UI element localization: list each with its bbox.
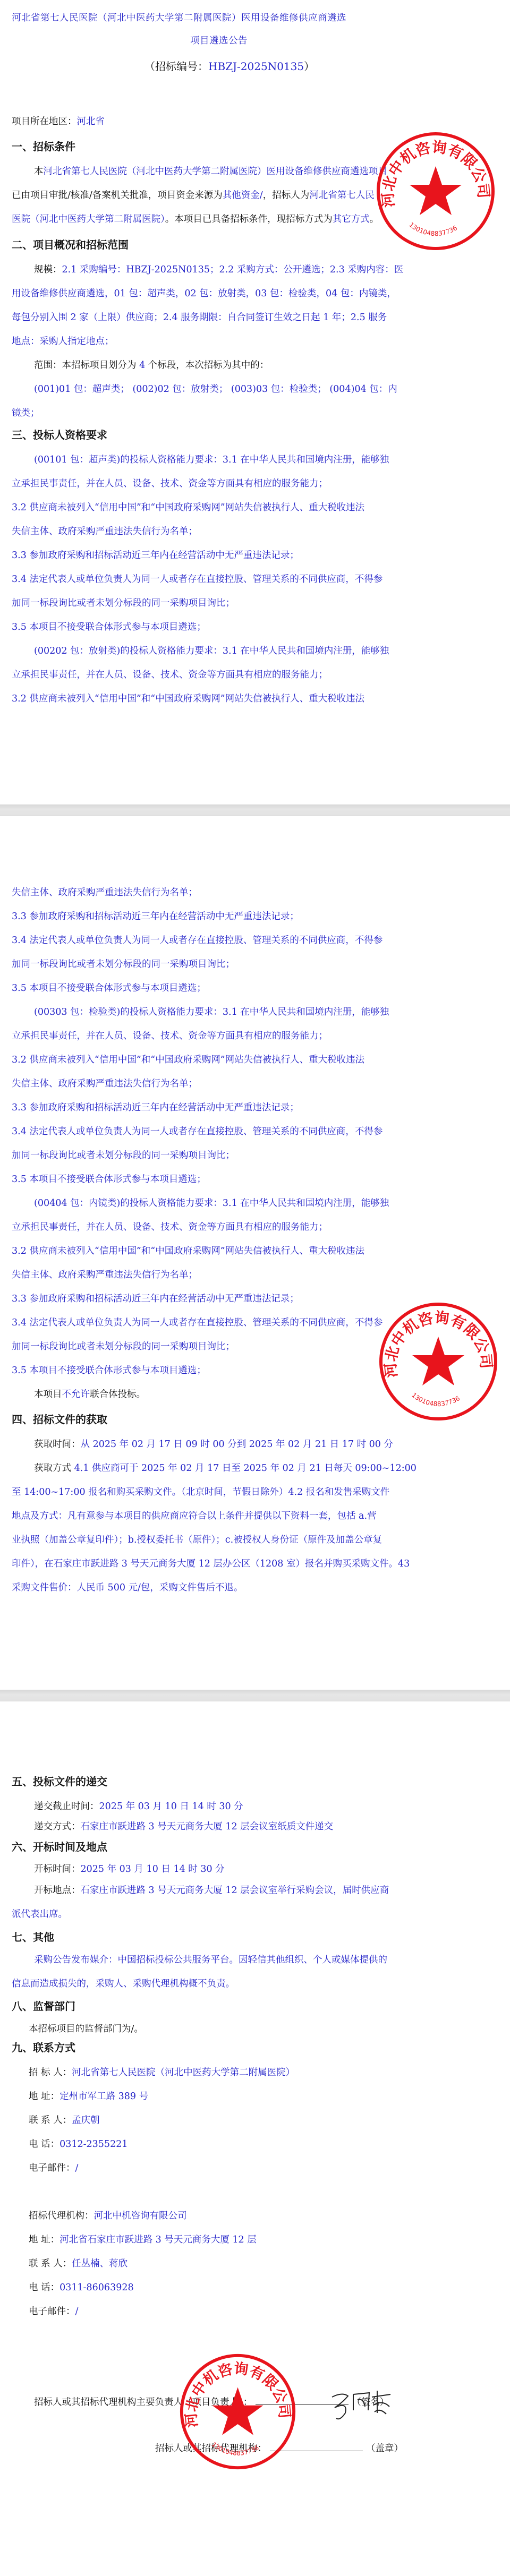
- document-page-3: 五、投标文件的递交 递交截止时间：2025 年 03 月 10 日 14 时 3…: [0, 1701, 510, 2576]
- lot2-req-34b: 加同一标段询比或者未划分标段的同一采购项目询比；: [12, 958, 235, 970]
- lot1-req-32b: 失信主体、政府采购严重违法失信行为名单；: [12, 526, 198, 537]
- submit-method: 递交方式：石家庄市跃进路 3 号天元商务大厦 12 层会议室纸质文件递交: [34, 1821, 333, 1833]
- handwritten-signature: [327, 2386, 396, 2426]
- obtain-method-line5: 印件），在石家庄市跃进路 3 号天元商务大厦 12 层办公区（1208 室）报名…: [12, 1558, 410, 1570]
- lot4-req-34b: 加同一标段询比或者未划分标段的同一采购项目询比；: [12, 1341, 235, 1353]
- section1-line3: 医院（河北中医药大学第二附属医院）。本项目已具备招标条件，现招标方式为其它方式。: [12, 213, 379, 225]
- svg-text:1301048837736: 1301048837736: [210, 2441, 260, 2457]
- scale-line2: 用设备维修供应商遴选，01 包：超声类，02 包：放射类，03 包：检验类，04…: [12, 288, 396, 299]
- section-heading-3: 三、投标人资格要求: [12, 429, 107, 441]
- section-heading-5: 五、投标文件的递交: [12, 1776, 107, 1787]
- other-line1: 采购公告发布媒介：中国招标投标公共服务平台。因轻信其他组织、个人或媒体提供的: [34, 1954, 387, 1966]
- lot3-req-32a: 3.2 供应商未被列入“信用中国”和“中国政府采购网”网站失信被执行人、重大税收…: [12, 1054, 364, 1066]
- section-heading-1: 一、招标条件: [12, 141, 75, 152]
- section-heading-7: 七、其他: [12, 1931, 54, 1943]
- section-heading-2: 二、项目概况和招标范围: [12, 239, 129, 251]
- tenderer-contact: 联 系 人：孟庆朝: [29, 2115, 100, 2126]
- lot4-req-intro: (00404 包：内镜类)的投标人资格能力要求：3.1 在中华人民共和国境内注册…: [34, 1197, 389, 1209]
- opening-place-line1: 开标地点：石家庄市跃进路 3 号天元商务大厦 12 层会议室举行采购会议，届时供…: [34, 1885, 389, 1896]
- document-title-line2: 项目遴选公告: [190, 35, 248, 47]
- lot2-req-intro: (00202 包：放射类)的投标人资格能力要求：3.1 在中华人民共和国境内注册…: [34, 645, 389, 657]
- lot1-req-31: 立承担民事责任，并在人员、设备、技术、资金等方面具有相应的服务能力；: [12, 478, 328, 490]
- lot3-req-intro: (00303 包：检验类)的投标人资格能力要求：3.1 在中华人民共和国境内注册…: [34, 1006, 389, 1018]
- section1-line1: 本河北省第七人民医院（河北中医药大学第二附属医院）医用设备维修供应商遴选项目: [34, 166, 387, 177]
- lot1-req-34a: 3.4 法定代表人或单位负责人为同一人或者存在直接控股、管理关系的不同供应商，不…: [12, 574, 382, 585]
- company-seal-stamp: 河北中机咨询有限公司 1301048837736: [178, 2352, 297, 2471]
- submit-deadline: 递交截止时间：2025 年 03 月 10 日 14 时 30 分: [34, 1801, 243, 1812]
- tenderer-phone: 电 话：0312-2355221: [29, 2138, 127, 2150]
- agency-contact: 联 系 人：任丛楠、蒋欣: [29, 2258, 127, 2270]
- document-page-1: 河北省第七人民医院（河北中医药大学第二附属医院）医用设备维修供应商遴选 项目遴选…: [0, 0, 510, 805]
- page-separator: [0, 1690, 510, 1701]
- document-page-2: 失信主体、政府采购严重违法失信行为名单； 3.3 参加政府采购和招标活动近三年内…: [0, 816, 510, 1690]
- supervision-text: 本招标项目的监督部门为/。: [29, 2023, 143, 2035]
- seal-icon: 河北中机咨询有限公司 1301048837736: [375, 130, 497, 252]
- obtain-method-line2: 至 14:00~17:00 报名和购买采购文件。（北京时间，节假日除外）4.2 …: [12, 1486, 389, 1498]
- other-line2: 信息而造成损失的，采购人、采购代理机构概不负责。: [12, 1978, 235, 1990]
- lot2-req-32a: 3.2 供应商未被列入“信用中国”和“中国政府采购网”网站失信被执行人、重大税收…: [12, 693, 364, 705]
- section-heading-8: 八、监督部门: [12, 2000, 75, 2012]
- svg-text:1301048837736: 1301048837736: [410, 1391, 461, 1408]
- section-heading-6: 六、开标时间及地点: [12, 1841, 107, 1853]
- lot3-req-33: 3.3 参加政府采购和招标活动近三年内在经营活动中无严重违法记录；: [12, 1102, 299, 1114]
- tenderer-email: 电子邮件：/: [29, 2162, 78, 2174]
- opening-time: 开标时间：2025 年 03 月 10 日 14 时 30 分: [34, 1863, 225, 1875]
- company-seal-stamp: 河北中机咨询有限公司 1301048837736: [377, 1300, 499, 1423]
- lot3-req-35: 3.5 本项目不接受联合体形式参与本项目遴选；: [12, 1174, 206, 1185]
- lot4-req-33: 3.3 参加政府采购和招标活动近三年内在经营活动中无严重违法记录；: [12, 1293, 299, 1305]
- obtain-method-line3: 地点及方式：凡有意参与本项目的供应商应符合以上条件并提供以下资料一套，包括 a.…: [12, 1510, 377, 1522]
- lot3-req-34a: 3.4 法定代表人或单位负责人为同一人或者存在直接控股、管理关系的不同供应商，不…: [12, 1126, 382, 1137]
- signature-icon: [327, 2386, 396, 2424]
- obtain-method-line1: 获取方式 4.1 供应商可于 2025 年 02 月 17 日至 2025 年 …: [34, 1462, 416, 1474]
- lot3-req-34b: 加同一标段询比或者未划分标段的同一采购项目询比；: [12, 1150, 235, 1161]
- lot4-req-32b: 失信主体、政府采购严重违法失信行为名单；: [12, 1269, 198, 1281]
- lot2-req-35: 3.5 本项目不接受联合体形式参与本项目遴选；: [12, 982, 206, 994]
- scale-line4: 地点：采购人指定地点；: [12, 336, 114, 347]
- lot1-req-34b: 加同一标段询比或者未划分标段的同一采购项目询比；: [12, 597, 235, 609]
- agency-name: 招标代理机构：河北中机咨询有限公司: [29, 2210, 187, 2222]
- section-heading-4: 四、招标文件的获取: [12, 1414, 107, 1425]
- page-separator: [0, 805, 510, 816]
- section-heading-9: 九、联系方式: [12, 2042, 75, 2053]
- lot1-req-32a: 3.2 供应商未被列入“信用中国”和“中国政府采购网”网站失信被执行人、重大税收…: [12, 502, 364, 514]
- range-line: 范围：本招标项目划分为 4 个标段，本次招标为其中的：: [34, 360, 269, 371]
- scale-line3: 每包分别入围 2 家（上限）供应商；2.4 服务期限：自合同签订生效之日起 1 …: [12, 312, 387, 323]
- lot4-req-35: 3.5 本项目不接受联合体形式参与本项目遴选；: [12, 1365, 206, 1376]
- obtain-time: 获取时间：从 2025 年 02 月 17 日 09 时 00 分到 2025 …: [34, 1439, 393, 1450]
- lot4-req-34a: 3.4 法定代表人或单位负责人为同一人或者存在直接控股、管理关系的不同供应商，不…: [12, 1317, 382, 1329]
- lot1-req-35: 3.5 本项目不接受联合体形式参与本项目遴选；: [12, 621, 206, 633]
- agency-address: 地 址：河北省石家庄市跃进路 3 号天元商务大厦 12 层: [29, 2234, 257, 2246]
- lot2-req-32b: 失信主体、政府采购严重违法失信行为名单；: [12, 887, 198, 898]
- lot2-req-33: 3.3 参加政府采购和招标活动近三年内在经营活动中无严重违法记录；: [12, 911, 299, 922]
- lot3-req-31: 立承担民事责任，并在人员、设备、技术、资金等方面具有相应的服务能力；: [12, 1030, 328, 1042]
- opening-place-line2: 派代表出席。: [12, 1909, 67, 1920]
- agency-phone: 电 话：0311-86063928: [29, 2282, 134, 2293]
- scale-line1: 规模：2.1 采购编号：HBZJ-2025N0135；2.2 采购方式：公开遴选…: [34, 264, 403, 276]
- lot4-req-32a: 3.2 供应商未被列入“信用中国”和“中国政府采购网”网站失信被执行人、重大税收…: [12, 1245, 364, 1257]
- lot2-req-34a: 3.4 法定代表人或单位负责人为同一人或者存在直接控股、管理关系的不同供应商，不…: [12, 935, 382, 946]
- obtain-method-line6: 采购文件售价：人民币 500 元/包，采购文件售后不退。: [12, 1582, 243, 1594]
- seal-icon: 河北中机咨询有限公司 1301048837736: [377, 1300, 499, 1423]
- svg-text:1301048837736: 1301048837736: [407, 221, 458, 237]
- obtain-method-line4: 业执照（加盖公章复印件）；b.授权委托书（原件）；c.被授权人身份证（原件及加盖…: [12, 1534, 382, 1546]
- lot1-req-intro: (00101 包：超声类)的投标人资格能力要求：3.1 在中华人民共和国境内注册…: [34, 454, 389, 466]
- seal-icon: 河北中机咨询有限公司 1301048837736: [178, 2352, 297, 2471]
- agency-email: 电子邮件：/: [29, 2306, 78, 2317]
- tenderer-address: 地 址：定州市军工路 389 号: [29, 2091, 148, 2102]
- lots-line2: 镜类；: [12, 407, 40, 419]
- document-title-line1: 河北省第七人民医院（河北中医药大学第二附属医院）医用设备维修供应商遴选: [12, 12, 346, 24]
- lot1-req-33: 3.3 参加政府采购和招标活动近三年内在经营活动中无严重违法记录；: [12, 550, 299, 561]
- bid-number: （招标编号：HBZJ-2025N0135）: [144, 61, 314, 72]
- lot4-req-31: 立承担民事责任，并在人员、设备、技术、资金等方面具有相应的服务能力；: [12, 1221, 328, 1233]
- lot3-req-32b: 失信主体、政府采购严重违法失信行为名单；: [12, 1078, 198, 1090]
- tenderer-name: 招 标 人：河北省第七人民医院（河北中医药大学第二附属医院）: [29, 2067, 295, 2078]
- lots-line1: (001)01 包：超声类； (002)02 包：放射类； (003)03 包：…: [34, 383, 397, 395]
- section1-line2: 已由项目审批/核准/备案机关批准，项目资金来源为其他资金/，招标人为河北省第七人…: [12, 190, 375, 201]
- consortium-line: 本项目不允许联合体投标。: [34, 1389, 146, 1400]
- project-region: 项目所在地区：河北省: [12, 116, 105, 127]
- company-seal-stamp: 河北中机咨询有限公司 1301048837736: [375, 130, 497, 252]
- bid-number-value: HBZJ-2025N0135: [208, 60, 304, 73]
- lot2-req-31: 立承担民事责任，并在人员、设备、技术、资金等方面具有相应的服务能力；: [12, 669, 328, 681]
